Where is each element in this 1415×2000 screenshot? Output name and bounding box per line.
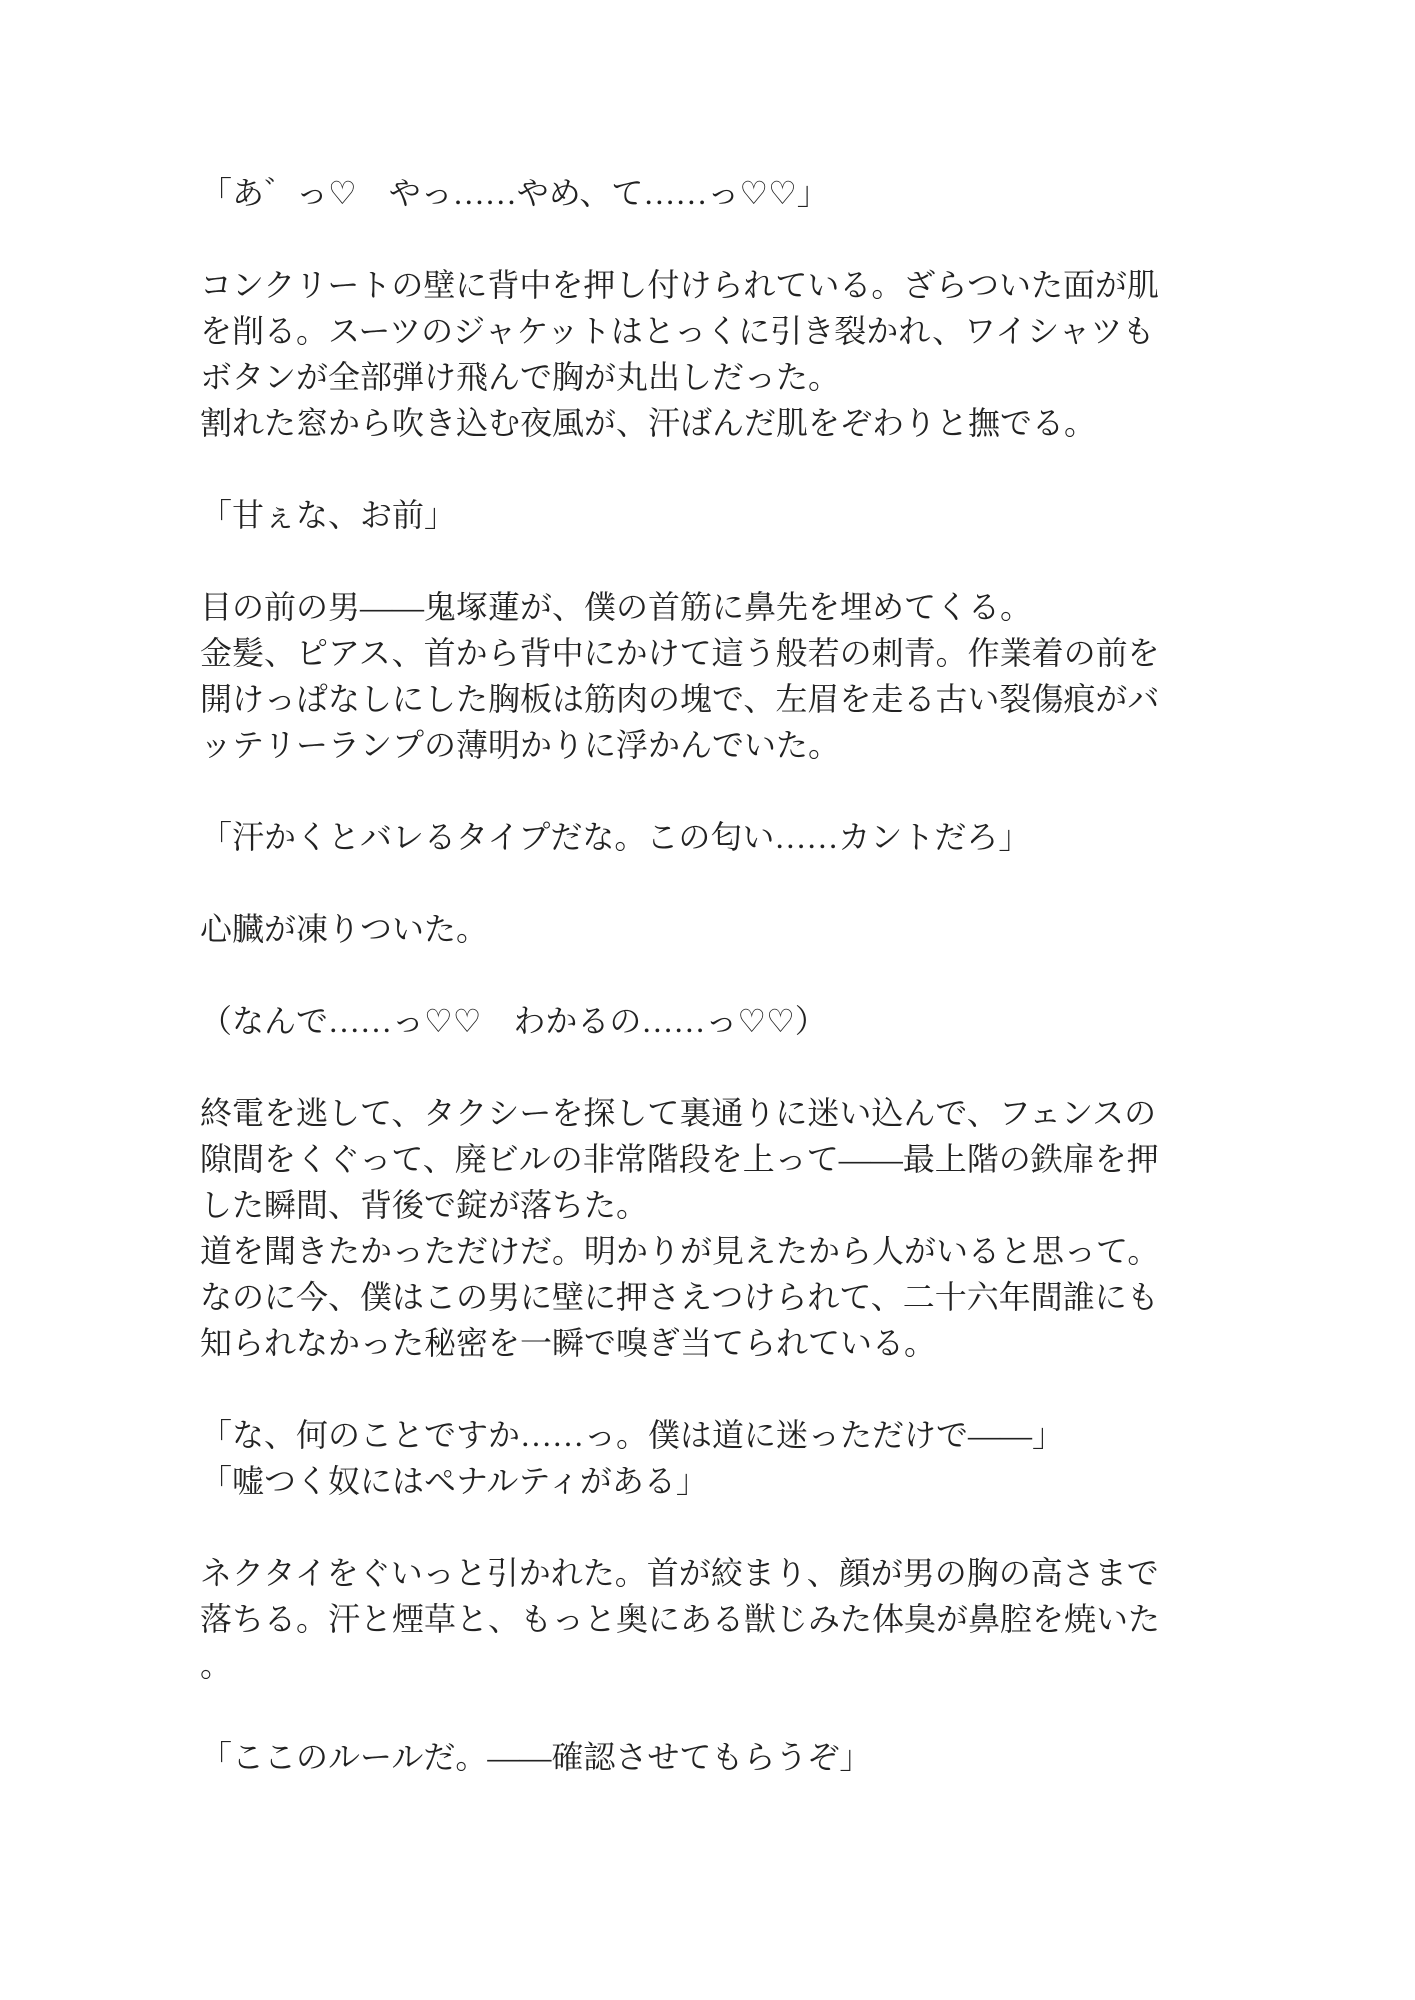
text-line: 「汗かくとバレるタイプだな。この匂い……カントだろ」 xyxy=(200,814,1185,860)
text-line: ネクタイをぐいっと引かれた。首が絞まり、顔が男の胸の高さまで xyxy=(200,1550,1185,1596)
paragraph-dialogue: 「汗かくとバレるタイプだな。この匂い……カントだろ」 xyxy=(200,814,1185,860)
text-line: 金髪、ピアス、首から背中にかけて這う般若の刺青。作業着の前を xyxy=(200,630,1185,676)
paragraph-narration: コンクリートの壁に背中を押し付けられている。ざらついた面が肌を削る。スーツのジャ… xyxy=(200,262,1185,446)
text-line: なのに今、僕はこの男に壁に押さえつけられて、二十六年間誰にも xyxy=(200,1274,1185,1320)
text-line: 終電を逃して、タクシーを探して裏通りに迷い込んで、フェンスの xyxy=(200,1090,1185,1136)
paragraph-dialogue: 「な、何のことですか……っ。僕は道に迷っただけで——」「嘘つく奴にはペナルティが… xyxy=(200,1412,1185,1504)
paragraph-narration: 心臓が凍りついた。 xyxy=(200,906,1185,952)
text-line: 落ちる。汗と煙草と、もっと奥にある獣じみた体臭が鼻腔を焼いた xyxy=(200,1596,1185,1642)
text-line: （なんで……っ♡♡ わかるの……っ♡♡） xyxy=(200,998,1185,1044)
document-page: 「あ゛っ♡ やっ……やめ、て……っ♡♡」コンクリートの壁に背中を押し付けられてい… xyxy=(0,0,1415,2000)
text-line: 道を聞きたかっただけだ。明かりが見えたから人がいると思って。 xyxy=(200,1228,1185,1274)
text-line: した瞬間、背後で錠が落ちた。 xyxy=(200,1182,1185,1228)
text-line: 開けっぱなしにした胸板は筋肉の塊で、左眉を走る古い裂傷痕がバ xyxy=(200,676,1185,722)
paragraph-dialogue: 「ここのルールだ。——確認させてもらうぞ」 xyxy=(200,1734,1185,1780)
text-line: 割れた窓から吹き込む夜風が、汗ばんだ肌をぞわりと撫でる。 xyxy=(200,400,1185,446)
story-text: 「あ゛っ♡ やっ……やめ、て……っ♡♡」コンクリートの壁に背中を押し付けられてい… xyxy=(200,170,1185,1780)
paragraph-narration: ネクタイをぐいっと引かれた。首が絞まり、顔が男の胸の高さまで落ちる。汗と煙草と、… xyxy=(200,1550,1185,1688)
text-line: 「あ゛っ♡ やっ……やめ、て……っ♡♡」 xyxy=(200,170,1185,216)
paragraph-dialogue: 「甘ぇな、お前」 xyxy=(200,492,1185,538)
paragraph-narration: 目の前の男——鬼塚蓮が、僕の首筋に鼻先を埋めてくる。金髪、ピアス、首から背中にか… xyxy=(200,584,1185,768)
text-line: ボタンが全部弾け飛んで胸が丸出しだった。 xyxy=(200,354,1185,400)
paragraph-dialogue: 「あ゛っ♡ やっ……やめ、て……っ♡♡」 xyxy=(200,170,1185,216)
text-line: 「甘ぇな、お前」 xyxy=(200,492,1185,538)
text-line: 。 xyxy=(200,1642,1185,1688)
text-line: 知られなかった秘密を一瞬で嗅ぎ当てられている。 xyxy=(200,1320,1185,1366)
text-line: を削る。スーツのジャケットはとっくに引き裂かれ、ワイシャツも xyxy=(200,308,1185,354)
text-line: 「ここのルールだ。——確認させてもらうぞ」 xyxy=(200,1734,1185,1780)
paragraph-narration: 終電を逃して、タクシーを探して裏通りに迷い込んで、フェンスの隙間をくぐって、廃ビ… xyxy=(200,1090,1185,1366)
text-line: 隙間をくぐって、廃ビルの非常階段を上って——最上階の鉄扉を押 xyxy=(200,1136,1185,1182)
text-line: コンクリートの壁に背中を押し付けられている。ざらついた面が肌 xyxy=(200,262,1185,308)
paragraph-inner-thought: （なんで……っ♡♡ わかるの……っ♡♡） xyxy=(200,998,1185,1044)
text-line: 「な、何のことですか……っ。僕は道に迷っただけで——」 xyxy=(200,1412,1185,1458)
text-line: 「嘘つく奴にはペナルティがある」 xyxy=(200,1458,1185,1504)
text-line: 心臓が凍りついた。 xyxy=(200,906,1185,952)
text-line: ッテリーランプの薄明かりに浮かんでいた。 xyxy=(200,722,1185,768)
text-line: 目の前の男——鬼塚蓮が、僕の首筋に鼻先を埋めてくる。 xyxy=(200,584,1185,630)
